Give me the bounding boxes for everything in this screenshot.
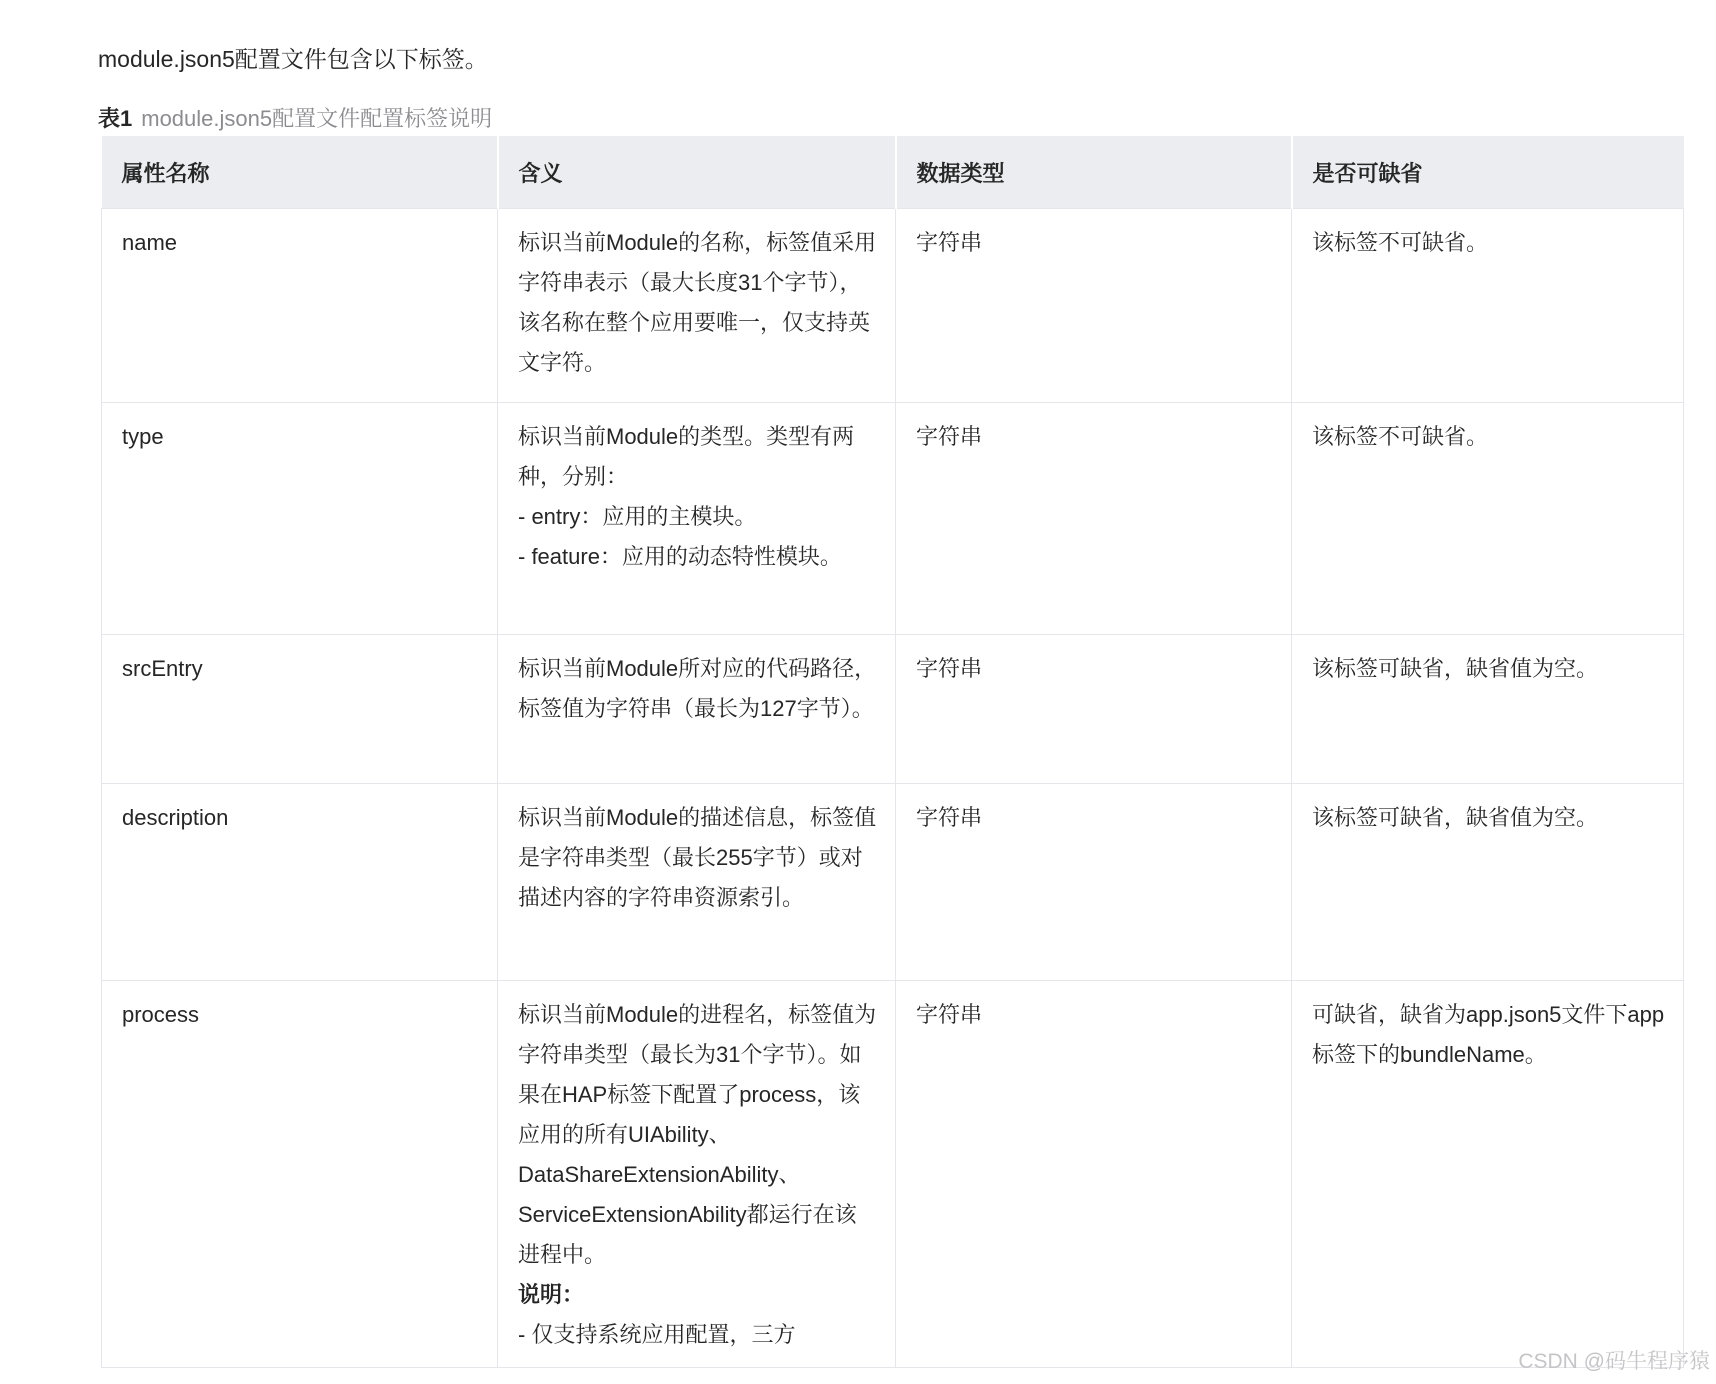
table-row: description 标识当前Module的描述信息，标签值是字符串类型（最长…	[102, 784, 1684, 981]
optional-cell: 可缺省，缺省为app.json5文件下app标签下的bundleName。	[1292, 981, 1684, 1368]
meaning-paragraph: - 仅支持系统应用配置，三方	[518, 1315, 877, 1355]
config-table: 属性名称 含义 数据类型 是否可缺省 name 标识当前Module的名称，标签…	[101, 136, 1684, 1368]
meaning-paragraph: - feature：应用的动态特性模块。	[518, 537, 877, 577]
attribute-name-cell: srcEntry	[102, 635, 498, 784]
attribute-name-cell: process	[102, 981, 498, 1368]
caption-label: 表1	[98, 106, 132, 131]
watermark: CSDN @码牛程序猿	[1518, 1349, 1710, 1375]
table-body: name 标识当前Module的名称，标签值采用字符串表示（最大长度31个字节）…	[102, 209, 1684, 1368]
caption-text: module.json5配置文件配置标签说明	[141, 106, 492, 131]
data-type-cell: 字符串	[896, 403, 1292, 635]
optional-cell: 该标签不可缺省。	[1292, 403, 1684, 635]
table-row: type 标识当前Module的类型。类型有两种，分别：- entry：应用的主…	[102, 403, 1684, 635]
column-header-attribute: 属性名称	[102, 136, 498, 209]
document-page: module.json5配置文件包含以下标签。 表1module.json5配置…	[0, 0, 1716, 1384]
attribute-name-cell: description	[102, 784, 498, 981]
data-type-cell: 字符串	[896, 635, 1292, 784]
meaning-paragraph: - entry：应用的主模块。	[518, 497, 877, 537]
column-header-optional: 是否可缺省	[1292, 136, 1684, 209]
meaning-paragraph: 标识当前Module的描述信息，标签值是字符串类型（最长255字节）或对描述内容…	[518, 798, 877, 918]
attribute-name-cell: type	[102, 403, 498, 635]
meaning-paragraph: 标识当前Module的类型。类型有两种，分别：	[518, 417, 877, 497]
optional-cell: 该标签可缺省，缺省值为空。	[1292, 784, 1684, 981]
meaning-cell: 标识当前Module的描述信息，标签值是字符串类型（最长255字节）或对描述内容…	[498, 784, 896, 981]
optional-cell: 该标签不可缺省。	[1292, 209, 1684, 403]
meaning-cell: 标识当前Module的类型。类型有两种，分别：- entry：应用的主模块。- …	[498, 403, 896, 635]
table-row: name 标识当前Module的名称，标签值采用字符串表示（最大长度31个字节）…	[102, 209, 1684, 403]
attribute-name-cell: name	[102, 209, 498, 403]
meaning-paragraph: 标识当前Module所对应的代码路径，标签值为字符串（最长为127字节）。	[518, 649, 877, 729]
column-header-meaning: 含义	[498, 136, 896, 209]
optional-cell: 该标签可缺省，缺省值为空。	[1292, 635, 1684, 784]
intro-paragraph: module.json5配置文件包含以下标签。	[98, 43, 488, 75]
meaning-cell: 标识当前Module所对应的代码路径，标签值为字符串（最长为127字节）。	[498, 635, 896, 784]
table-row: srcEntry 标识当前Module所对应的代码路径，标签值为字符串（最长为1…	[102, 635, 1684, 784]
data-type-cell: 字符串	[896, 784, 1292, 981]
data-type-cell: 字符串	[896, 209, 1292, 403]
meaning-cell: 标识当前Module的名称，标签值采用字符串表示（最大长度31个字节），该名称在…	[498, 209, 896, 403]
data-type-cell: 字符串	[896, 981, 1292, 1368]
meaning-paragraph: 说明：	[518, 1275, 877, 1315]
meaning-cell: 标识当前Module的进程名，标签值为字符串类型（最长为31个字节）。如果在HA…	[498, 981, 896, 1368]
meaning-paragraph: 标识当前Module的名称，标签值采用字符串表示（最大长度31个字节），该名称在…	[518, 223, 877, 383]
meaning-paragraph: 标识当前Module的进程名，标签值为字符串类型（最长为31个字节）。如果在HA…	[518, 995, 877, 1275]
column-header-data-type: 数据类型	[896, 136, 1292, 209]
table-caption: 表1module.json5配置文件配置标签说明	[98, 104, 492, 134]
table-row: process 标识当前Module的进程名，标签值为字符串类型（最长为31个字…	[102, 981, 1684, 1368]
header-row: 属性名称 含义 数据类型 是否可缺省	[102, 136, 1684, 209]
